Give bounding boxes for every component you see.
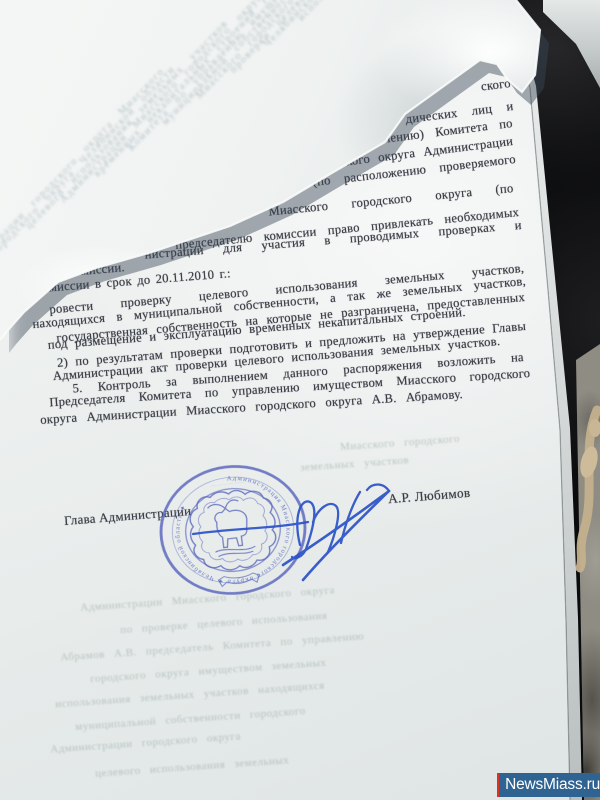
photo-frame: Миасского городскогоземельных участковАд…	[0, 0, 600, 800]
signature-stroke	[193, 522, 308, 534]
watermark-text: NewsMiass.ru	[505, 776, 600, 794]
watermark-background: NewsMiass.ru	[499, 773, 600, 797]
watermark-badge: NewsMiass.ru	[497, 773, 600, 797]
